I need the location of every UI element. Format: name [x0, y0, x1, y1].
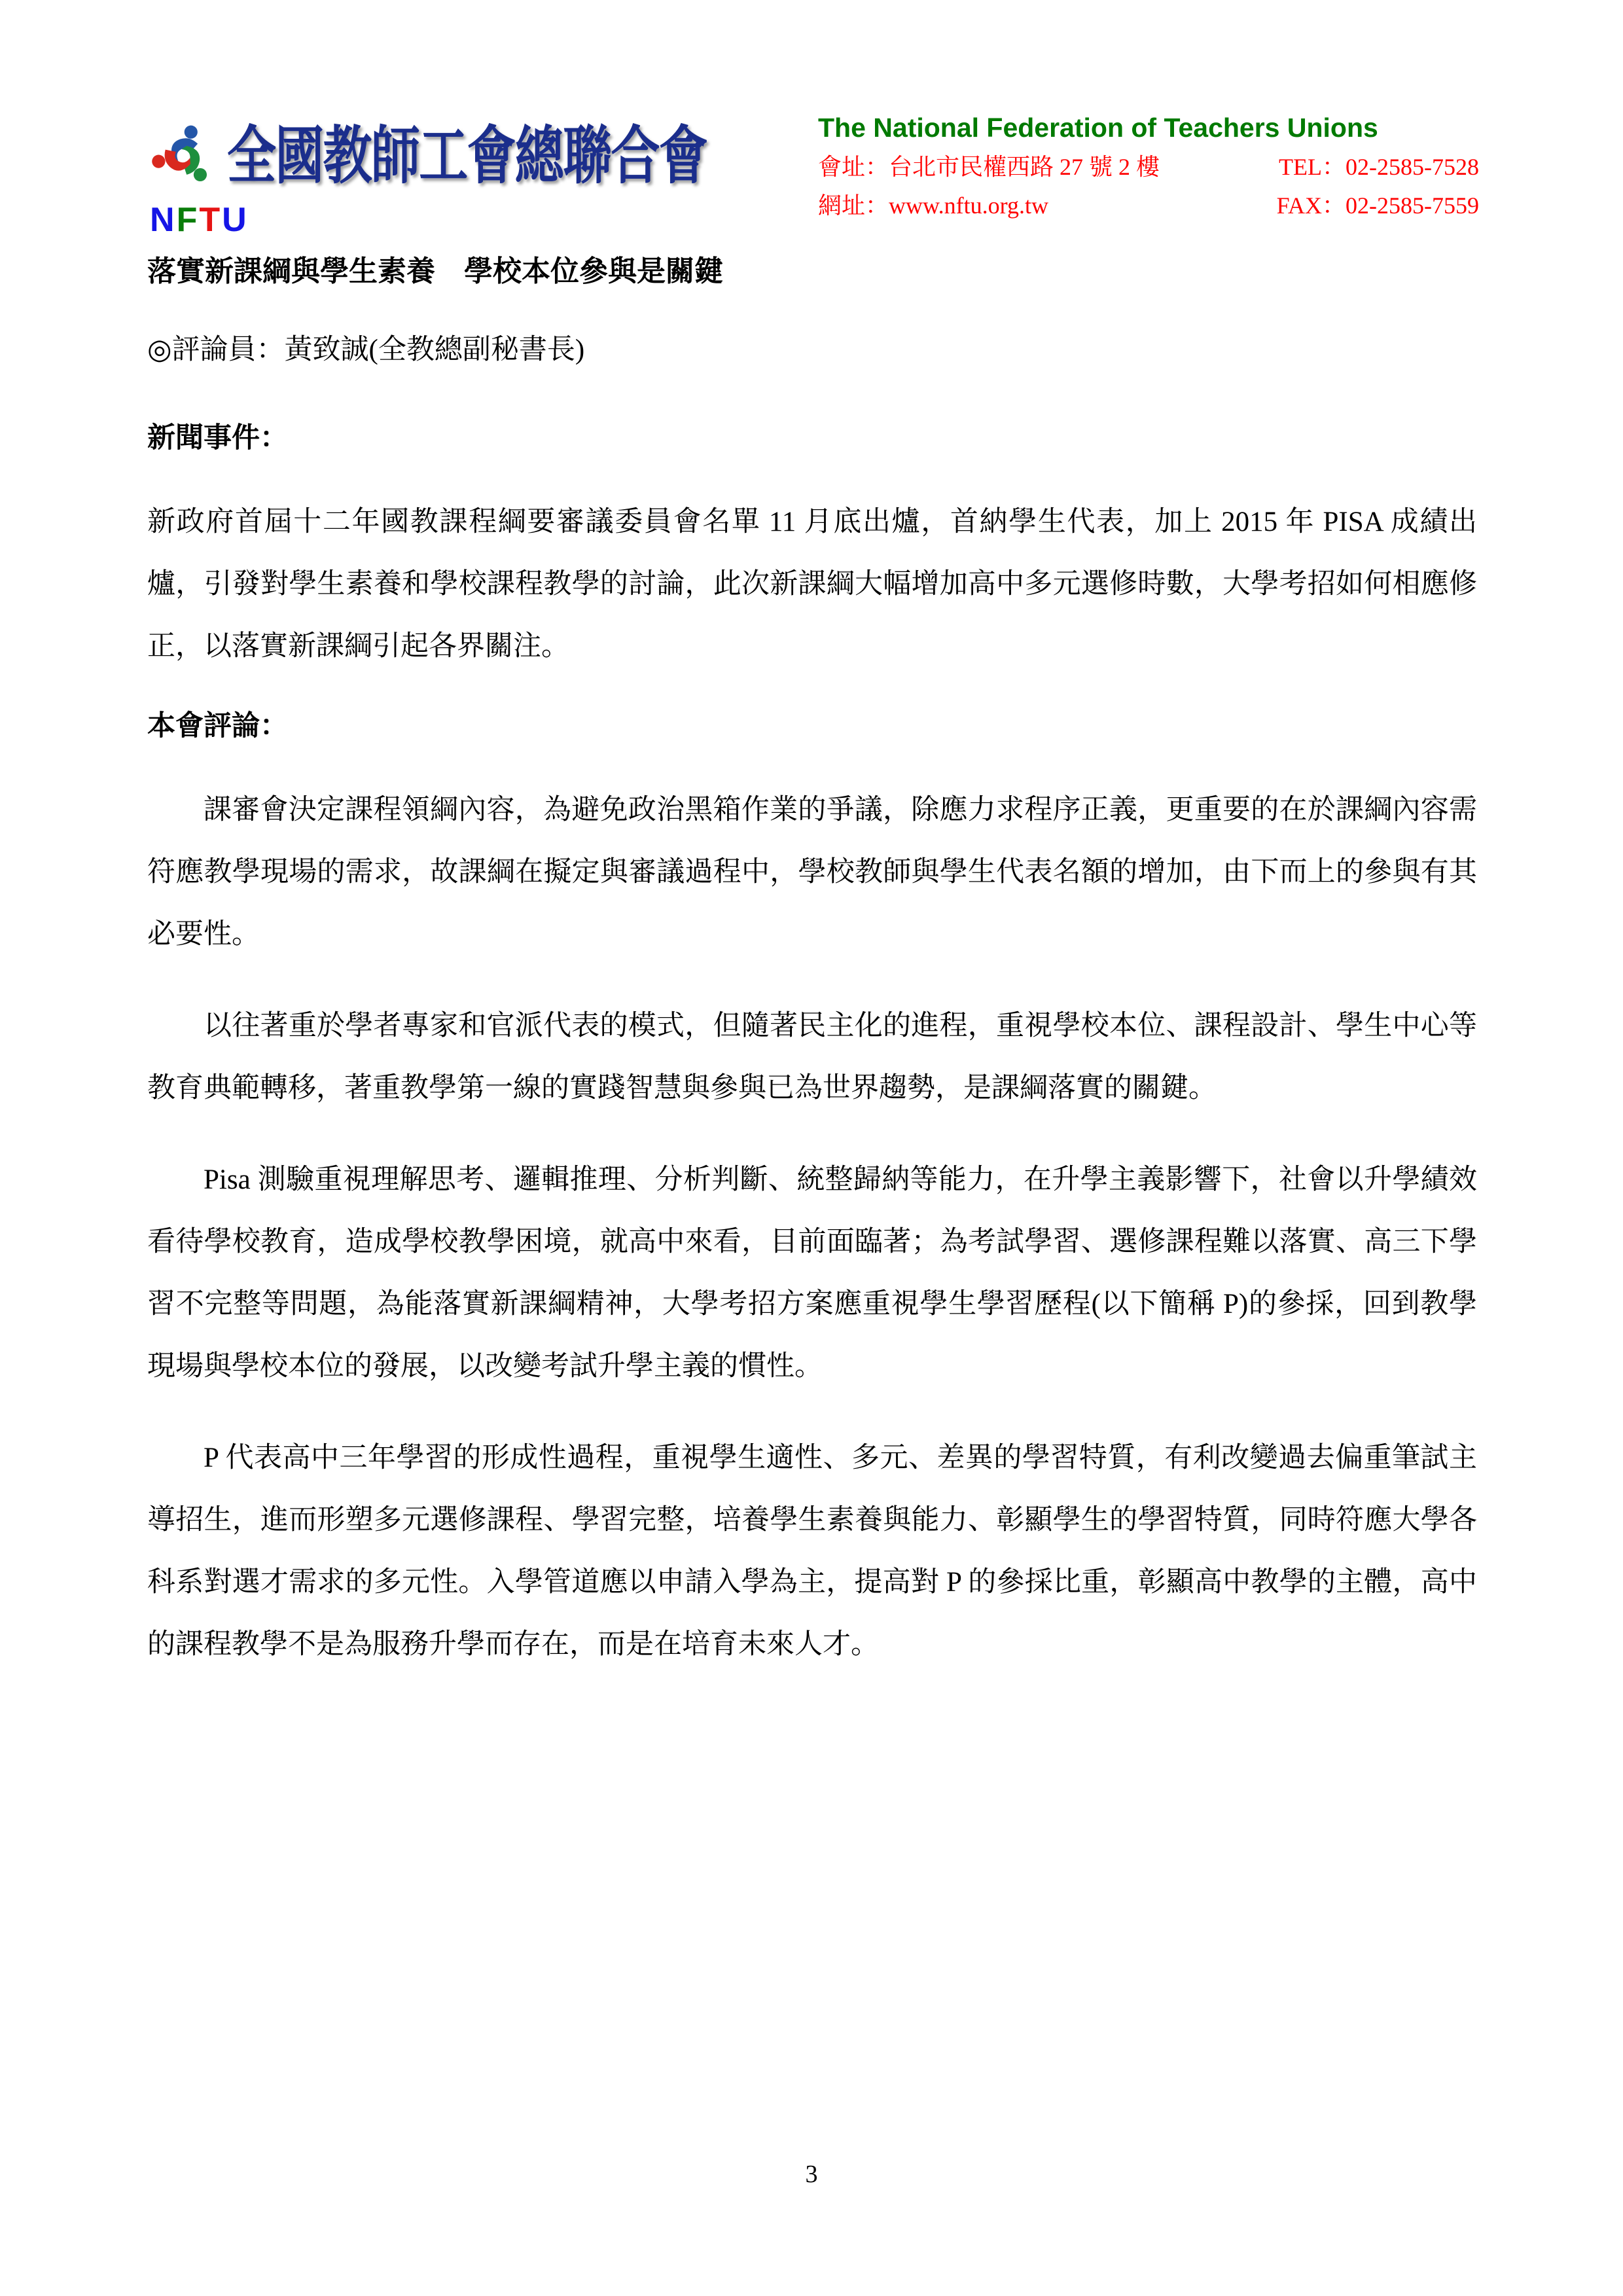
commentator-line: ◎評論員：黃致誠(全教總副秘書長) [147, 331, 1477, 370]
paragraph: 新政府首屆十二年國教課程綱要審議委員會名單 11 月底出爐，首納學生代表，加上 … [147, 491, 1477, 677]
address-row: 會址：台北市民權西路 27 號 2 樓 TEL：02-2585-7528 [818, 152, 1479, 181]
nftu-letter: F [177, 201, 200, 239]
paragraph: 以往著重於學者專家和官派代表的模式，但隨著民主化的進程，重視學校本位、課程設計、… [147, 995, 1477, 1119]
page-number: 3 [0, 2160, 1623, 2189]
nftu-letter: N [150, 201, 177, 239]
article-title: 落實新課綱與學生素養 學校本位參與是關鍵 [147, 252, 1477, 291]
paragraph: P 代表高中三年學習的形成性過程，重視學生適性、多元、差異的學習特質，有利改變過… [147, 1427, 1477, 1676]
nftu-acronym: NFTU [150, 203, 249, 237]
nftu-logo-icon [147, 110, 219, 208]
website-row: 網址：www.nftu.org.tw FAX：02-2585-7559 [818, 191, 1479, 220]
nftu-letter: U [222, 201, 249, 239]
article-body: 落實新課綱與學生素養 學校本位參與是關鍵 ◎評論員：黃致誠(全教總副秘書長) 新… [147, 252, 1477, 1705]
letterhead-contact-block: The National Federation of Teachers Unio… [818, 113, 1479, 220]
org-address: 會址：台北市民權西路 27 號 2 樓 [818, 152, 1160, 181]
section-heading-news-event: 新聞事件： [147, 419, 1477, 458]
org-fax: FAX：02-2585-7559 [1277, 191, 1479, 220]
paragraph: 課審會決定課程領綱內容，為避免政治黑箱作業的爭議，除應力求程序正義，更重要的在於… [147, 779, 1477, 965]
section-heading-commentary: 本會評論： [147, 707, 1477, 746]
letterhead: 全國教師工會總聯合會 NFTU The National Federation … [147, 110, 1476, 247]
org-name-english: The National Federation of Teachers Unio… [818, 113, 1479, 143]
org-website: 網址：www.nftu.org.tw [818, 191, 1048, 220]
org-tel: TEL：02-2585-7528 [1279, 152, 1479, 181]
document-page: 全國教師工會總聯合會 NFTU The National Federation … [0, 0, 1623, 2296]
org-name-chinese: 全國教師工會總聯合會 [227, 114, 707, 199]
nftu-letter: T [199, 201, 222, 239]
paragraph: Pisa 測驗重視理解思考、邏輯推理、分析判斷、統整歸納等能力，在升學主義影響下… [147, 1149, 1477, 1397]
